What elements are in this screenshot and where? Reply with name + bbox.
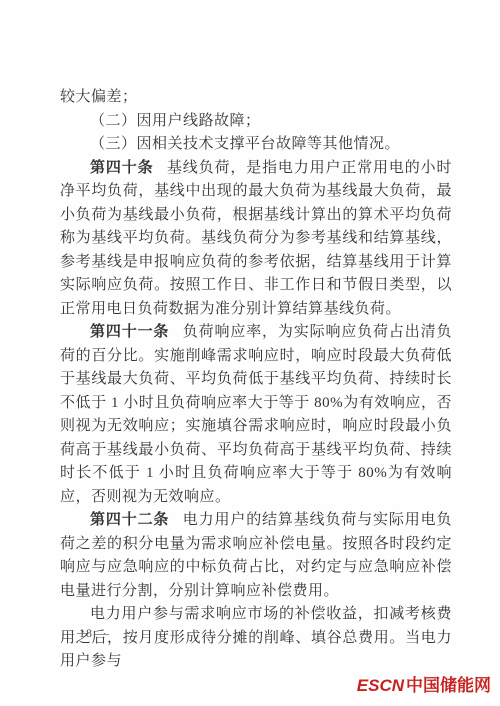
article-41-paragraph: 第四十一条负荷响应率，为实际响应负荷占出清负荷的百分比。实施削峰需求响应时，响应… [60,321,452,509]
list-item-2: （二）因用户线路故障； [60,110,452,134]
article-40-text: 基线负荷，是指电力用户正常用电的小时净平均负荷，基线中出现的最大负荷为基线最大负… [60,160,452,317]
article-41-text: 负荷响应率，为实际响应负荷占出清负荷的百分比。实施削峰需求响应时，响应时段最大负… [60,324,452,505]
escn-logo-latin: ESCN [357,676,404,695]
escn-logo: ESCN中国储能网 [357,676,491,696]
document-body: 较大偏差； （二）因用户线路故障； （三）因相关技术支撑平台故障等其他情况。 第… [60,86,452,674]
article-40-heading: 第四十条 [90,160,153,176]
closing-paragraph: 电力用户参与需求响应市场的补偿收益，扣减考核费用之后，按月度形成待分摊的削峰、填… [60,603,452,674]
list-item-3: （三）因相关技术支撑平台故障等其他情况。 [60,133,452,157]
article-40-paragraph: 第四十条基线负荷，是指电力用户正常用电的小时净平均负荷，基线中出现的最大负荷为基… [60,157,452,322]
escn-logo-chinese: 中国储能网 [406,676,491,695]
paragraph-continuation: 较大偏差； [60,86,452,110]
document-page: 较大偏差； （二）因用户线路故障； （三）因相关技术支撑平台故障等其他情况。 第… [0,0,500,706]
article-42-paragraph: 第四十二条电力用户的结算基线负荷与实际用电负荷之差的积分电量为需求响应补偿电量。… [60,509,452,603]
article-41-heading: 第四十一条 [90,324,169,340]
page-number: — 18 — [62,626,110,641]
article-42-heading: 第四十二条 [90,512,169,528]
